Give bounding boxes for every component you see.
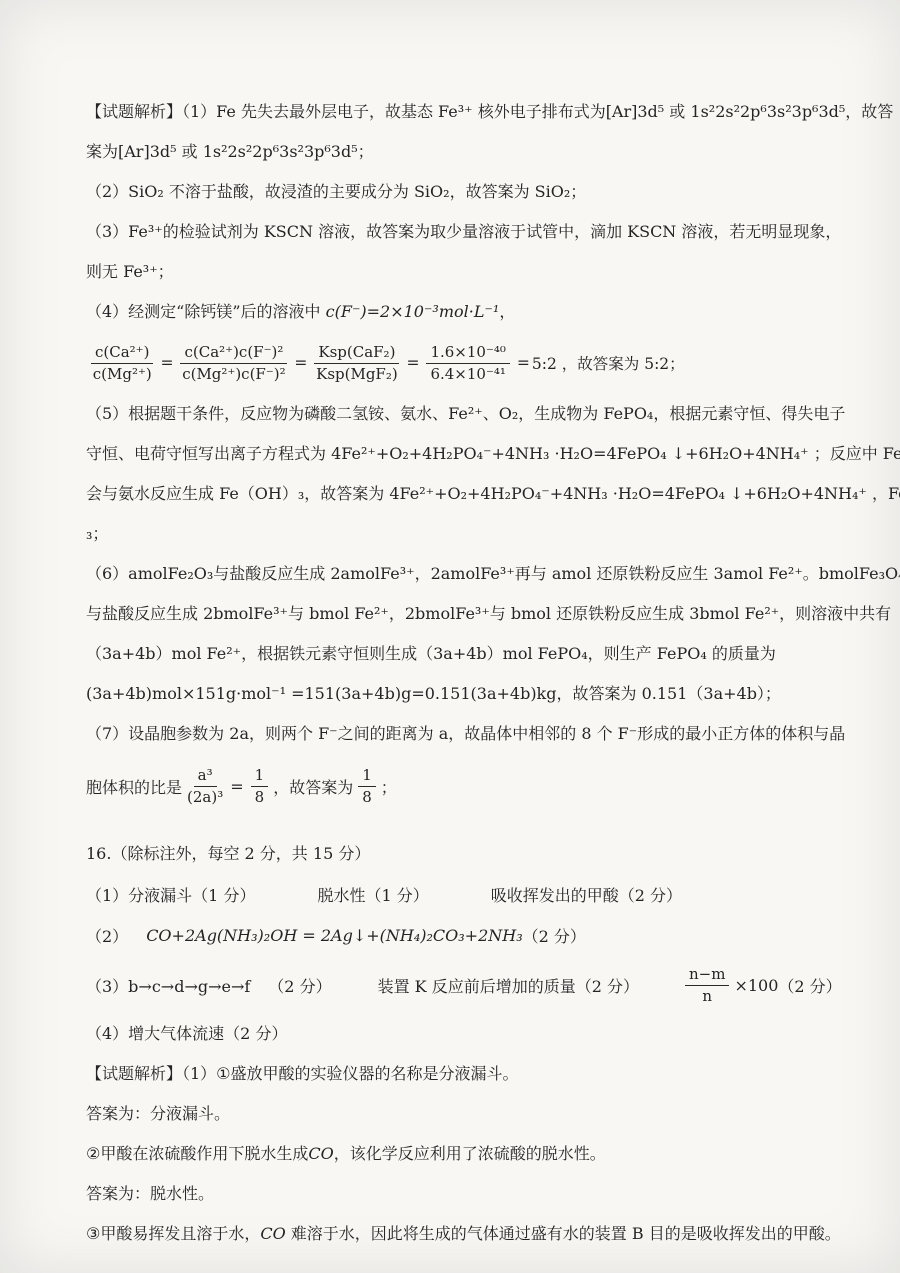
solution15-line-ionic-eq-1: （5）根据题干条件，反应物为磷酸二氢铵、氨水、Fe²⁺、O₂，生成物为 FePO… [86,394,840,434]
analysis-co-formula-2: CO [260,1224,285,1243]
equals-sign: = [160,354,173,372]
solution15-line-electron-config-2: 案为[Ar]3d⁵ 或 1s²2s²2p⁶3s²3p⁶3d⁵； [86,132,840,172]
item3-score1: （2 分） [268,974,331,997]
solution15-line-fluoride-conc: （4）经测定“除钙镁”后的溶液中 c(F⁻)=2×10⁻³mol·L⁻¹， [86,292,840,332]
fraction-numerator: c(Ca²⁺) [91,343,153,364]
item1-answer-dehydration: 脱水性（1 分） [317,883,428,906]
fraction-denominator: Ksp(MgF₂) [316,364,398,384]
ksp-ratio-equation: c(Ca²⁺) c(Mg²⁺) = c(Ca²⁺)c(F⁻)² c(Mg²⁺)c… [86,332,840,394]
fraction-denominator: n [702,986,712,1006]
analysis-answer-funnel: 答案为：分液漏斗。 [86,1094,840,1134]
fraction-denominator: 6.4×10⁻⁴¹ [430,364,505,384]
fraction-one-eighth-answer: 1 8 [358,766,376,807]
solution15-line-mol-calc-1: （6）amolFe₂O₃与盐酸反应生成 2amolFe³⁺，2amolFe³⁺再… [86,554,840,594]
question16-item4: （4）增大气体流速（2 分） [86,1014,840,1054]
fraction-numerator: 1.6×10⁻⁴⁰ [426,343,509,364]
question16-section: 16.（除标注外，每空 2 分，共 15 分） （1）分液漏斗（1 分） 脱水性… [86,834,840,1254]
question16-item3-row: （3）b→c→d→g→e→f （2 分） 装置 K 反应前后增加的质量（2 分）… [86,956,840,1014]
question16-header: 16.（除标注外，每空 2 分，共 15 分） [86,834,840,874]
solution15-line-mass-calc: (3a+4b)mol×151g·mol⁻¹ =151(3a+4b)g=0.151… [86,674,840,714]
solution15-line-kscn-2: 则无 Fe³⁺； [86,252,840,292]
item2-chemical-equation: CO+2Ag(NH₃)₂OH = 2Ag↓+(NH₄)₂CO₃+2NH₃ [146,926,522,945]
solution15-line-ionic-eq-4: ₃； [86,514,840,554]
fraction-denominator: c(Mg²⁺) [93,364,152,384]
item2-label: （2） [86,924,128,947]
fraction-denominator: 8 [255,787,265,807]
fraction-ca-mg: c(Ca²⁺) c(Mg²⁺) [91,343,153,384]
analysis-dehydration-tail: ，该化学反应利用了浓硫酸的脱水性。 [334,1144,606,1163]
solution15-line-mol-calc-3: （3a+4b）mol Fe²⁺，根据铁元素守恒则生成（3a+4b）mol FeP… [86,634,840,674]
item3-answer-sequence: （3）b→c→d→g→e→f [86,974,250,997]
item2-score: （2 分） [523,924,586,947]
analysis-co-formula: CO [308,1144,333,1163]
unit-cell-answer-text: ，故答案为 [273,775,353,798]
analysis-line-dehydration: ②甲酸在浓硫酸作用下脱水生成CO，该化学反应利用了浓硫酸的脱水性。 [86,1134,840,1174]
fraction-n-minus-m: n−m n [685,965,729,1006]
analysis-answer-dehydration: 答案为：脱水性。 [86,1174,840,1214]
item3-times-100: ×100 [734,976,778,995]
item1-answer-absorb-acid: 吸收挥发出的甲酸（2 分） [491,883,682,906]
solution15-line-ionic-eq-2: 守恒、电荷守恒写出离子方程式为 4Fe²⁺+O₂+4H₂PO₄⁻+4NH₃ ·H… [86,434,840,474]
fraction-one-eighth: 1 8 [251,766,269,807]
analysis-line-funnel: 【试题解析】（1）①盛放甲酸的实验仪器的名称是分液漏斗。 [86,1054,840,1094]
equals-sign: = [517,354,530,372]
fraction-ksp: Ksp(CaF₂) Ksp(MgF₂) [314,343,399,384]
fraction-numerator: n−m [685,965,729,986]
item3-score2: （2 分） [778,974,841,997]
solution15-line-kscn-1: （3）Fe³⁺的检验试剂为 KSCN 溶液，故答案为取少量溶液于试管中，滴加 K… [86,212,840,252]
item3-answer-mass: 装置 K 反应前后增加的质量（2 分） [378,974,639,997]
equals-sign: = [230,777,243,796]
analysis-volatile-pre: ③甲酸易挥发且溶于水， [86,1224,260,1243]
fraction-denominator: 8 [362,787,372,807]
unit-cell-semicolon: ； [381,775,397,798]
fraction-numerator: 1 [251,766,269,787]
solution15-line-ionic-eq-3: 会与氨水反应生成 Fe（OH）₃，故答案为 4Fe²⁺+O₂+4H₂PO₄⁻+4… [86,474,840,514]
fraction-a-cubed: a³ (2a)³ [187,766,223,807]
solution15-line-electron-config-1: 【试题解析】（1）Fe 先失去最外层电子，故基态 Fe³⁺ 核外电子排布式为[A… [86,92,840,132]
fraction-numerator: a³ [194,766,217,787]
fraction-denominator: c(Mg²⁺)c(F⁻)² [182,364,285,384]
fluoride-conc-formula: c(F⁻)=2×10⁻³mol·L⁻¹ [326,302,500,321]
fluoride-conc-text: （4）经测定“除钙镁”后的溶液中 [86,302,326,321]
item1-answer-funnel: （1）分液漏斗（1 分） [86,883,255,906]
fluoride-conc-comma: ， [499,302,515,321]
equals-sign: = [294,354,307,372]
ratio-answer-text: 5:2 ，故答案为 5:2； [532,352,685,374]
document-content: 【试题解析】（1）Fe 先失去最外层电子，故基态 Fe³⁺ 核外电子排布式为[A… [0,0,900,1254]
fraction-ca-mg-expanded: c(Ca²⁺)c(F⁻)² c(Mg²⁺)c(F⁻)² [180,343,287,384]
solution15-line-sio2: （2）SiO₂ 不溶于盐酸，故浸渣的主要成分为 SiO₂，故答案为 SiO₂； [86,172,840,212]
scanned-document-page: 【试题解析】（1）Fe 先失去最外层电子，故基态 Fe³⁺ 核外电子排布式为[A… [0,0,900,1273]
fraction-ksp-values: 1.6×10⁻⁴⁰ 6.4×10⁻⁴¹ [426,343,509,384]
unit-cell-ratio-line: 胞体积的比是 a³ (2a)³ = 1 8 ，故答案为 1 8 ； [86,754,840,818]
analysis-line-volatile: ③甲酸易挥发且溶于水，CO 难溶于水，因此将生成的气体通过盛有水的装置 B 目的… [86,1214,840,1254]
fraction-numerator: c(Ca²⁺)c(F⁻)² [180,343,287,364]
fraction-denominator: (2a)³ [187,787,223,807]
fraction-numerator: Ksp(CaF₂) [314,343,399,364]
question16-item2-row: （2） CO+2Ag(NH₃)₂OH = 2Ag↓+(NH₄)₂CO₃+2NH₃… [86,914,840,956]
fraction-numerator: 1 [358,766,376,787]
solution15-line-unit-cell-1: （7）设晶胞参数为 2a，则两个 F⁻之间的距离为 a，故晶体中相邻的 8 个 … [86,714,840,754]
solution15-line-mol-calc-2: 与盐酸反应生成 2bmolFe³⁺与 bmol Fe²⁺，2bmolFe³⁺与 … [86,594,840,634]
analysis-volatile-tail: 难溶于水，因此将生成的气体通过盛有水的装置 B 目的是吸收挥发出的甲酸。 [286,1224,841,1243]
analysis-dehydration-pre: ②甲酸在浓硫酸作用下脱水生成 [86,1144,308,1163]
question16-item1-row: （1）分液漏斗（1 分） 脱水性（1 分） 吸收挥发出的甲酸（2 分） [86,874,840,914]
unit-cell-ratio-text: 胞体积的比是 [86,775,182,798]
equals-sign: = [406,354,419,372]
